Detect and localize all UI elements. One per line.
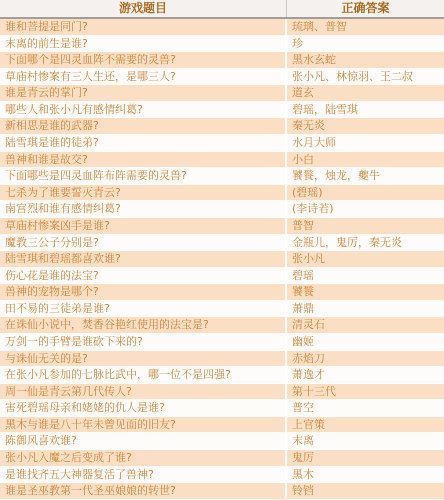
answer-cell: 水月大师 (287, 135, 444, 151)
table-row: 谁是青云的掌门?道玄 (0, 85, 444, 102)
question-cell: 南宫烈和谁有感情纠葛? (0, 201, 287, 217)
quiz-answer-table: 游戏题目 正确答案 谁和菩提是同门?琉璃、普智末离的前生是谁?珍下面哪个是四灵血… (0, 0, 444, 500)
table-row: 谁是圣巫教第一代圣巫娘娘的转世?铃铛 (0, 483, 444, 500)
question-cell: 在张小凡参加的七脉比武中，哪一位不是四强? (0, 367, 287, 383)
table-row: 下面哪些是四灵血阵布阵需要的灵兽?饕餮，烛龙，夔牛 (0, 168, 444, 185)
question-cell: 是谁找齐五大神器复活了兽神? (0, 467, 287, 483)
answer-cell: 饕餮，烛龙，夔牛 (287, 168, 444, 184)
answer-cell: 张小凡、林惊羽、王二叔 (287, 69, 444, 85)
question-cell: 陆雪琪和碧瑶都喜欢谁? (0, 251, 287, 267)
table-row: 兽神的宠物是哪个?饕餮 (0, 284, 444, 301)
table-row: 魔教三公子分别是?金瓶儿，鬼厉，秦无炎 (0, 235, 444, 252)
question-cell: 周一仙是青云第几代传人? (0, 384, 287, 400)
table-row: 在张小凡参加的七脉比武中，哪一位不是四强?萧逸才 (0, 367, 444, 384)
question-cell: 陈御风喜欢谁? (0, 433, 287, 449)
question-cell: 谁是圣巫教第一代圣巫娘娘的转世? (0, 483, 287, 499)
table-row: 在诛仙小说中，焚香谷艳红使用的法宝是?清灵石 (0, 317, 444, 334)
answer-cell: 第十三代 (287, 384, 444, 400)
question-cell: 草庙村惨案凶手是谁? (0, 218, 287, 234)
table-row: 伤心花是谁的法宝?碧瑶 (0, 268, 444, 285)
question-cell: 魔教三公子分别是? (0, 235, 287, 251)
question-cell: 下面哪个是四灵血阵不需要的灵兽? (0, 52, 287, 68)
question-cell: 新相思是谁的武器? (0, 118, 287, 134)
answer-cell: 幽姬 (287, 334, 444, 350)
answer-cell: 普空 (287, 400, 444, 416)
answer-cell: 萧鼎 (287, 301, 444, 317)
question-cell: 张小凡入魔之后变成了谁? (0, 450, 287, 466)
answer-cell: 鬼厉 (287, 450, 444, 466)
table-row: 周一仙是青云第几代传人?第十三代 (0, 384, 444, 401)
table-row: 田不易的三徒弟是谁?萧鼎 (0, 301, 444, 318)
answer-cell: 萧逸才 (287, 367, 444, 383)
question-cell: 谁是青云的掌门? (0, 85, 287, 101)
question-cell: 末离的前生是谁? (0, 36, 287, 52)
answer-cell: (李诗若) (287, 201, 444, 217)
table-row: 草庙村惨案有三人生还，是哪三人?张小凡、林惊羽、王二叔 (0, 69, 444, 86)
question-cell: 哪些人和张小凡有感情纠葛? (0, 102, 287, 118)
table-row: 害死碧瑶母亲和姥姥的仇人是谁?普空 (0, 400, 444, 417)
table-row: 哪些人和张小凡有感情纠葛?碧瑶，陆雪琪 (0, 102, 444, 119)
table-row: 是谁找齐五大神器复活了兽神?黑木 (0, 467, 444, 484)
question-cell: 与诛仙无关的是? (0, 351, 287, 367)
answer-cell: 秦无炎 (287, 118, 444, 134)
answer-cell: 黑水玄蛇 (287, 52, 444, 68)
answer-cell: 铃铛 (287, 483, 444, 499)
question-cell: 七杀为了谁要誓灭青云? (0, 185, 287, 201)
answer-cell: 普智 (287, 218, 444, 234)
answer-cell: 小白 (287, 152, 444, 168)
question-cell: 田不易的三徒弟是谁? (0, 301, 287, 317)
answer-column-header: 正确答案 (287, 0, 444, 17)
question-cell: 谁和菩提是同门? (0, 19, 287, 35)
table-body: 谁和菩提是同门?琉璃、普智末离的前生是谁?珍下面哪个是四灵血阵不需要的灵兽?黑水… (0, 19, 444, 500)
answer-cell: 上官策 (287, 417, 444, 433)
answer-cell: 末离 (287, 433, 444, 449)
table-row: 陆雪琪和碧瑶都喜欢谁?张小凡 (0, 251, 444, 268)
table-row: 黑木与谁是八十年未曾见面的旧友?上官策 (0, 417, 444, 434)
answer-cell: (碧瑶) (287, 185, 444, 201)
table-row: 兽神和谁是故交?小白 (0, 152, 444, 169)
answer-cell: 珍 (287, 36, 444, 52)
answer-cell: 道玄 (287, 85, 444, 101)
question-column-header: 游戏题目 (0, 0, 287, 17)
question-cell: 草庙村惨案有三人生还，是哪三人? (0, 69, 287, 85)
table-row: 陆雪琪是谁的徒弟?水月大师 (0, 135, 444, 152)
answer-cell: 黑木 (287, 467, 444, 483)
table-row: 草庙村惨案凶手是谁?普智 (0, 218, 444, 235)
table-row: 下面哪个是四灵血阵不需要的灵兽?黑水玄蛇 (0, 52, 444, 69)
question-cell: 在诛仙小说中，焚香谷艳红使用的法宝是? (0, 317, 287, 333)
question-cell: 万剑一的手臂是谁砍下来的? (0, 334, 287, 350)
table-row: 万剑一的手臂是谁砍下来的?幽姬 (0, 334, 444, 351)
answer-cell: 清灵石 (287, 317, 444, 333)
table-row: 与诛仙无关的是?赤焰刀 (0, 351, 444, 368)
table-row: 南宫烈和谁有感情纠葛?(李诗若) (0, 201, 444, 218)
question-cell: 兽神和谁是故交? (0, 152, 287, 168)
question-cell: 伤心花是谁的法宝? (0, 268, 287, 284)
answer-cell: 张小凡 (287, 251, 444, 267)
table-row: 新相思是谁的武器?秦无炎 (0, 118, 444, 135)
table-row: 陈御风喜欢谁?末离 (0, 433, 444, 450)
answer-cell: 赤焰刀 (287, 351, 444, 367)
answer-cell: 金瓶儿，鬼厉，秦无炎 (287, 235, 444, 251)
table-row: 七杀为了谁要誓灭青云?(碧瑶) (0, 185, 444, 202)
question-cell: 陆雪琪是谁的徒弟? (0, 135, 287, 151)
answer-cell: 碧瑶 (287, 268, 444, 284)
table-row: 谁和菩提是同门?琉璃、普智 (0, 19, 444, 36)
table-row: 末离的前生是谁?珍 (0, 36, 444, 53)
question-cell: 害死碧瑶母亲和姥姥的仇人是谁? (0, 400, 287, 416)
question-cell: 黑木与谁是八十年未曾见面的旧友? (0, 417, 287, 433)
answer-cell: 琉璃、普智 (287, 19, 444, 35)
answer-cell: 碧瑶，陆雪琪 (287, 102, 444, 118)
question-cell: 兽神的宠物是哪个? (0, 284, 287, 300)
table-header-row: 游戏题目 正确答案 (0, 0, 444, 19)
question-cell: 下面哪些是四灵血阵布阵需要的灵兽? (0, 168, 287, 184)
answer-cell: 饕餮 (287, 284, 444, 300)
table-row: 张小凡入魔之后变成了谁?鬼厉 (0, 450, 444, 467)
